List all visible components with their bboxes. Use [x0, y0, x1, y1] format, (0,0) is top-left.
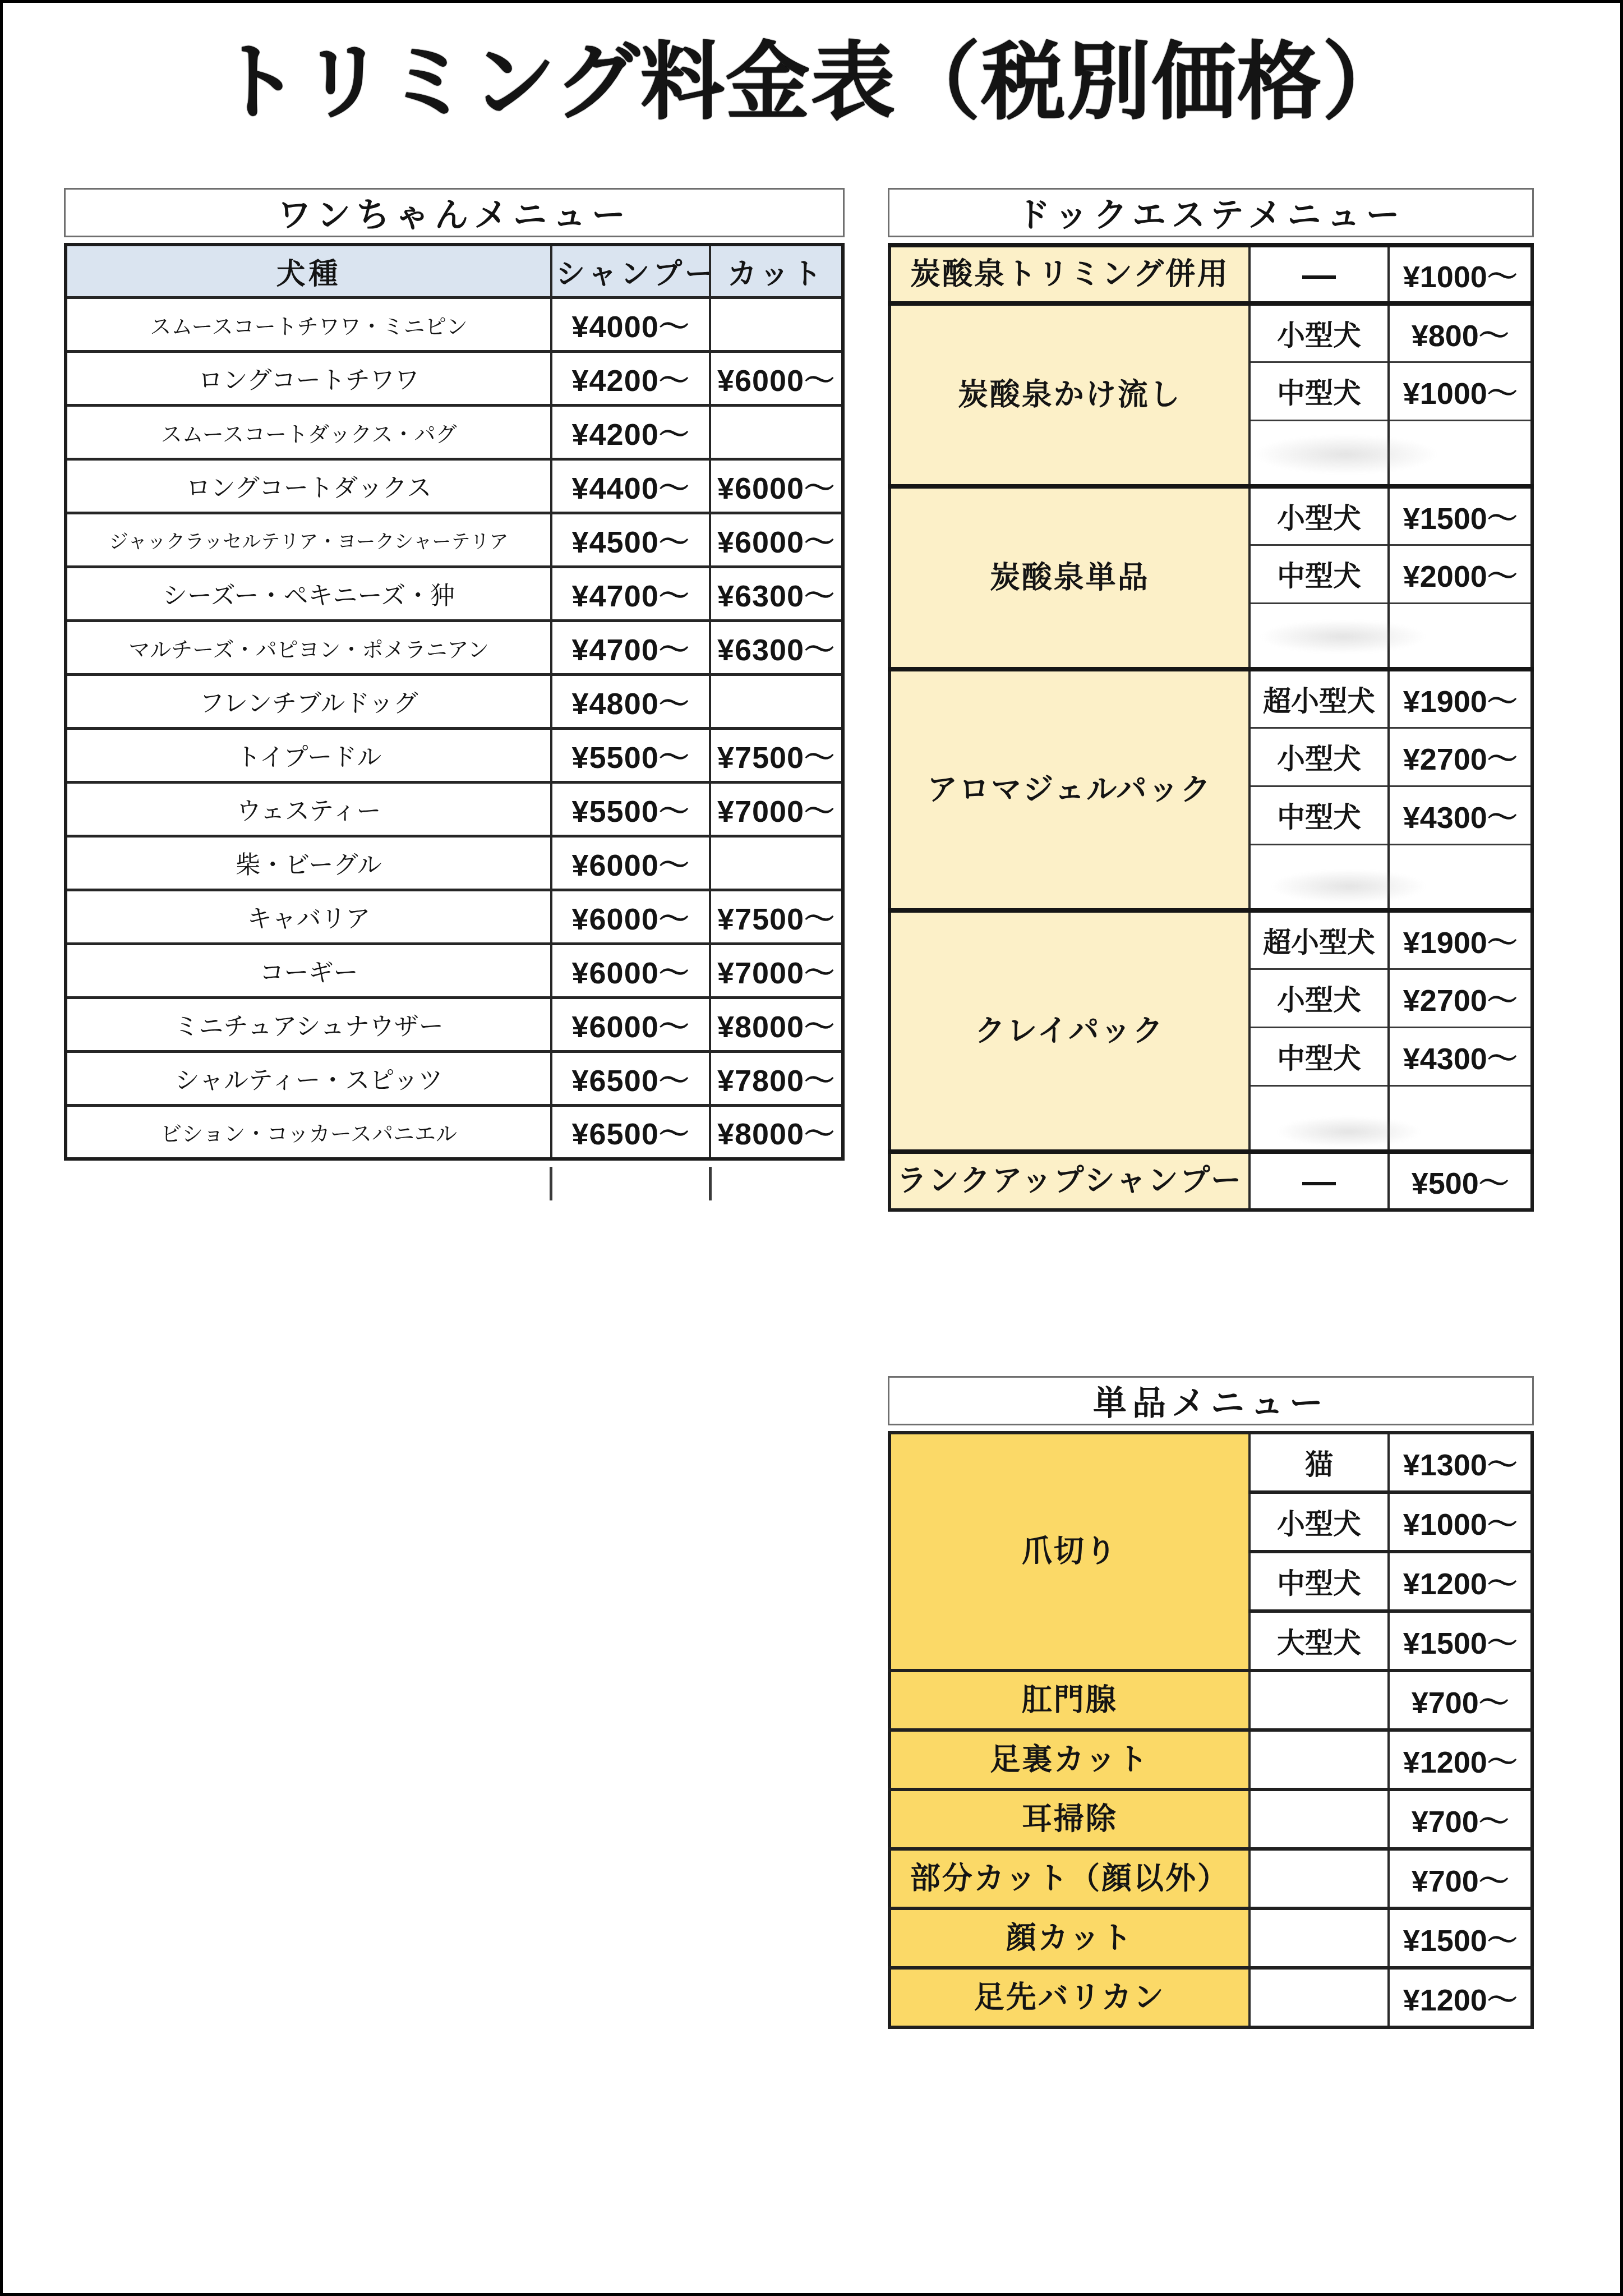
size-cell — [1249, 1908, 1389, 1968]
price-cell — [1389, 420, 1532, 486]
breed-cell: ロングコートチワワ — [66, 351, 551, 405]
menu-label-cell: 足先バリカン — [889, 1968, 1249, 2027]
table-row: シーズー・ペキニーズ・狆¥4700～¥6300～ — [66, 567, 843, 620]
breed-cell: フレンチブルドッグ — [66, 674, 551, 728]
size-cell: 中型犬 — [1249, 1552, 1389, 1611]
price-cell: ¥700～ — [1389, 1671, 1532, 1730]
esthe-menu-title-band: ドックエステメニュー — [888, 188, 1534, 237]
size-cell: 中型犬 — [1249, 362, 1389, 420]
breed-cell: 柴・ビーグル — [66, 836, 551, 890]
ruled-line-stub — [550, 1167, 552, 1200]
size-cell — [1249, 1085, 1389, 1152]
cut-price-cell: ¥6300～ — [710, 567, 843, 620]
single-menu-title: 単品メニュー — [1093, 1377, 1329, 1425]
menu-label-cell: アロマジェルパック — [889, 669, 1249, 910]
shampoo-price-cell: ¥6000～ — [551, 997, 710, 1051]
cut-price-cell: ¥6000～ — [710, 459, 843, 513]
cut-price-cell: ¥6000～ — [710, 513, 843, 567]
breed-cell: スムースコートチワワ・ミニピン — [66, 297, 551, 351]
breed-cell: コーギー — [66, 944, 551, 997]
shampoo-price-cell: ¥5500～ — [551, 728, 710, 782]
table-row: ロングコートダックス¥4400～¥6000～ — [66, 459, 843, 513]
shampoo-price-cell: ¥4700～ — [551, 567, 710, 620]
price-cell — [1389, 1085, 1532, 1152]
menu-label-cell: ランクアップシャンプー — [889, 1152, 1249, 1210]
shampoo-price-cell: ¥4400～ — [551, 459, 710, 513]
size-cell — [1249, 1968, 1389, 2027]
price-cell: ¥700～ — [1389, 1849, 1532, 1908]
price-cell: ¥1900～ — [1389, 910, 1532, 969]
menu-label-cell: 肛門腺 — [889, 1671, 1249, 1730]
size-cell — [1249, 1671, 1389, 1730]
breed-cell: キャバリア — [66, 890, 551, 944]
cut-price-cell: ¥8000～ — [710, 997, 843, 1051]
price-cell: ¥1500～ — [1389, 486, 1532, 545]
menu-label-cell: クレイパック — [889, 910, 1249, 1152]
price-cell: ¥2700～ — [1389, 728, 1532, 786]
price-cell: ¥4300～ — [1389, 1027, 1532, 1085]
table-row: 足先バリカン¥1200～ — [889, 1968, 1532, 2027]
cut-price-cell: ¥6000～ — [710, 351, 843, 405]
scanned-price-sheet: トリミング料金表（税別価格） ワンちゃんメニュー 犬種シャンプーカット スムース… — [0, 0, 1623, 2296]
column-header: カット — [710, 245, 843, 297]
cut-price-cell: ¥7500～ — [710, 890, 843, 944]
price-cell: ¥1900～ — [1389, 669, 1532, 728]
shampoo-price-cell: ¥4000～ — [551, 297, 710, 351]
shampoo-price-cell: ¥6000～ — [551, 890, 710, 944]
dog-menu-title: ワンちゃんメニュー — [278, 188, 631, 237]
breed-cell: シャルティー・スピッツ — [66, 1051, 551, 1105]
price-cell: ¥1500～ — [1389, 1611, 1532, 1671]
cut-price-cell: ¥7000～ — [710, 782, 843, 836]
shampoo-price-cell: ¥6000～ — [551, 944, 710, 997]
price-cell: ¥700～ — [1389, 1789, 1532, 1849]
esthe-menu-panel: ドックエステメニュー 炭酸泉トリミング併用―¥1000～炭酸泉かけ流し小型犬¥8… — [888, 188, 1534, 1212]
shampoo-price-cell: ¥6500～ — [551, 1105, 710, 1159]
table-row: 炭酸泉かけ流し小型犬¥800～ — [889, 303, 1532, 362]
price-cell: ¥800～ — [1389, 303, 1532, 362]
table-row: コーギー¥6000～¥7000～ — [66, 944, 843, 997]
cut-price-cell — [710, 674, 843, 728]
single-menu-panel: 単品メニュー 爪切り猫¥1300～小型犬¥1000～中型犬¥1200～大型犬¥1… — [888, 1376, 1534, 2029]
dog-menu-panel: ワンちゃんメニュー 犬種シャンプーカット スムースコートチワワ・ミニピン¥400… — [64, 188, 845, 1161]
table-row: フレンチブルドッグ¥4800～ — [66, 674, 843, 728]
table-row: ロングコートチワワ¥4200～¥6000～ — [66, 351, 843, 405]
price-cell: ¥1300～ — [1389, 1433, 1532, 1492]
price-cell: ¥500～ — [1389, 1152, 1532, 1210]
table-row: シャルティー・スピッツ¥6500～¥7800～ — [66, 1051, 843, 1105]
table-row: 肛門腺¥700～ — [889, 1671, 1532, 1730]
dog-menu-table: 犬種シャンプーカット スムースコートチワワ・ミニピン¥4000～ロングコートチワ… — [64, 243, 845, 1161]
shampoo-price-cell: ¥6500～ — [551, 1051, 710, 1105]
breed-cell: ウェスティー — [66, 782, 551, 836]
size-cell — [1249, 1849, 1389, 1908]
dog-menu-title-band: ワンちゃんメニュー — [64, 188, 845, 237]
size-cell: ― — [1249, 245, 1389, 303]
column-header: シャンプー — [551, 245, 710, 297]
breed-cell: ジャックラッセルテリア・ヨークシャーテリア — [66, 513, 551, 567]
size-cell — [1249, 844, 1389, 910]
table-row: クレイパック超小型犬¥1900～ — [889, 910, 1532, 969]
breed-cell: ビション・コッカースパニエル — [66, 1105, 551, 1159]
table-row: 犬種シャンプーカット — [66, 245, 843, 297]
shampoo-price-cell: ¥4200～ — [551, 351, 710, 405]
menu-label-cell: 足裏カット — [889, 1730, 1249, 1789]
price-cell: ¥1000～ — [1389, 362, 1532, 420]
shampoo-price-cell: ¥4200～ — [551, 405, 710, 459]
price-cell: ¥1200～ — [1389, 1730, 1532, 1789]
breed-cell: ロングコートダックス — [66, 459, 551, 513]
price-cell: ¥1500～ — [1389, 1908, 1532, 1968]
table-row: ウェスティー¥5500～¥7000～ — [66, 782, 843, 836]
price-cell — [1389, 603, 1532, 669]
cut-price-cell: ¥7800～ — [710, 1051, 843, 1105]
table-row: ランクアップシャンプー―¥500～ — [889, 1152, 1532, 1210]
cut-price-cell: ¥8000～ — [710, 1105, 843, 1159]
price-cell: ¥1000～ — [1389, 245, 1532, 303]
table-row: トイプードル¥5500～¥7500～ — [66, 728, 843, 782]
table-row: スムースコートダックス・パグ¥4200～ — [66, 405, 843, 459]
table-row: アロマジェルパック超小型犬¥1900～ — [889, 669, 1532, 728]
shampoo-price-cell: ¥6000～ — [551, 836, 710, 890]
size-cell: 小型犬 — [1249, 303, 1389, 362]
shampoo-price-cell: ¥5500～ — [551, 782, 710, 836]
size-cell: 中型犬 — [1249, 1027, 1389, 1085]
size-cell: 超小型犬 — [1249, 910, 1389, 969]
price-cell — [1389, 844, 1532, 910]
single-menu-title-band: 単品メニュー — [888, 1376, 1534, 1425]
price-cell: ¥2700～ — [1389, 969, 1532, 1027]
price-cell: ¥2000～ — [1389, 545, 1532, 603]
breed-cell: トイプードル — [66, 728, 551, 782]
size-cell: 小型犬 — [1249, 1492, 1389, 1552]
menu-label-cell: 耳掃除 — [889, 1789, 1249, 1849]
table-row: キャバリア¥6000～¥7500～ — [66, 890, 843, 944]
breed-cell: シーズー・ペキニーズ・狆 — [66, 567, 551, 620]
size-cell: 中型犬 — [1249, 786, 1389, 844]
table-row: 炭酸泉トリミング併用―¥1000～ — [889, 245, 1532, 303]
cut-price-cell: ¥7500～ — [710, 728, 843, 782]
table-row: 部分カット（顔以外）¥700～ — [889, 1849, 1532, 1908]
table-row: 柴・ビーグル¥6000～ — [66, 836, 843, 890]
breed-cell: スムースコートダックス・パグ — [66, 405, 551, 459]
shampoo-price-cell: ¥4700～ — [551, 620, 710, 674]
page-title: トリミング料金表（税別価格） — [3, 34, 1620, 131]
menu-label-cell: 顔カット — [889, 1908, 1249, 1968]
size-cell — [1249, 603, 1389, 669]
size-cell: 猫 — [1249, 1433, 1389, 1492]
cut-price-cell: ¥7000～ — [710, 944, 843, 997]
size-cell: 小型犬 — [1249, 969, 1389, 1027]
table-row: ジャックラッセルテリア・ヨークシャーテリア¥4500～¥6000～ — [66, 513, 843, 567]
menu-label-cell: 部分カット（顔以外） — [889, 1849, 1249, 1908]
size-cell: 小型犬 — [1249, 486, 1389, 545]
breed-cell: マルチーズ・パピヨン・ポメラニアン — [66, 620, 551, 674]
price-cell: ¥4300～ — [1389, 786, 1532, 844]
menu-label-cell: 炭酸泉単品 — [889, 486, 1249, 669]
single-menu-table: 爪切り猫¥1300～小型犬¥1000～中型犬¥1200～大型犬¥1500～肛門腺… — [888, 1431, 1534, 2029]
size-cell: 超小型犬 — [1249, 669, 1389, 728]
shampoo-price-cell: ¥4500～ — [551, 513, 710, 567]
menu-label-cell: 爪切り — [889, 1433, 1249, 1671]
price-cell: ¥1200～ — [1389, 1968, 1532, 2027]
table-row: ビション・コッカースパニエル¥6500～¥8000～ — [66, 1105, 843, 1159]
size-cell: 中型犬 — [1249, 545, 1389, 603]
ruled-line-stub — [709, 1167, 712, 1200]
cut-price-cell: ¥6300～ — [710, 620, 843, 674]
table-row: 顔カット¥1500～ — [889, 1908, 1532, 1968]
table-row: 足裏カット¥1200～ — [889, 1730, 1532, 1789]
size-cell: ― — [1249, 1152, 1389, 1210]
table-row: スムースコートチワワ・ミニピン¥4000～ — [66, 297, 843, 351]
table-row: 炭酸泉単品小型犬¥1500～ — [889, 486, 1532, 545]
menu-label-cell: 炭酸泉トリミング併用 — [889, 245, 1249, 303]
table-row: マルチーズ・パピヨン・ポメラニアン¥4700～¥6300～ — [66, 620, 843, 674]
table-row: ミニチュアシュナウザー¥6000～¥8000～ — [66, 997, 843, 1051]
table-row: 爪切り猫¥1300～ — [889, 1433, 1532, 1492]
cut-price-cell — [710, 405, 843, 459]
table-row: 耳掃除¥700～ — [889, 1789, 1532, 1849]
breed-cell: ミニチュアシュナウザー — [66, 997, 551, 1051]
menu-label-cell: 炭酸泉かけ流し — [889, 303, 1249, 486]
cut-price-cell — [710, 297, 843, 351]
size-cell — [1249, 1789, 1389, 1849]
price-cell: ¥1200～ — [1389, 1552, 1532, 1611]
price-cell: ¥1000～ — [1389, 1492, 1532, 1552]
esthe-menu-table: 炭酸泉トリミング併用―¥1000～炭酸泉かけ流し小型犬¥800～中型犬¥1000… — [888, 243, 1534, 1212]
size-cell — [1249, 1730, 1389, 1789]
column-header: 犬種 — [66, 245, 551, 297]
esthe-menu-title: ドックエステメニュー — [1017, 188, 1405, 237]
cut-price-cell — [710, 836, 843, 890]
size-cell: 小型犬 — [1249, 728, 1389, 786]
size-cell: 大型犬 — [1249, 1611, 1389, 1671]
shampoo-price-cell: ¥4800～ — [551, 674, 710, 728]
size-cell — [1249, 420, 1389, 486]
